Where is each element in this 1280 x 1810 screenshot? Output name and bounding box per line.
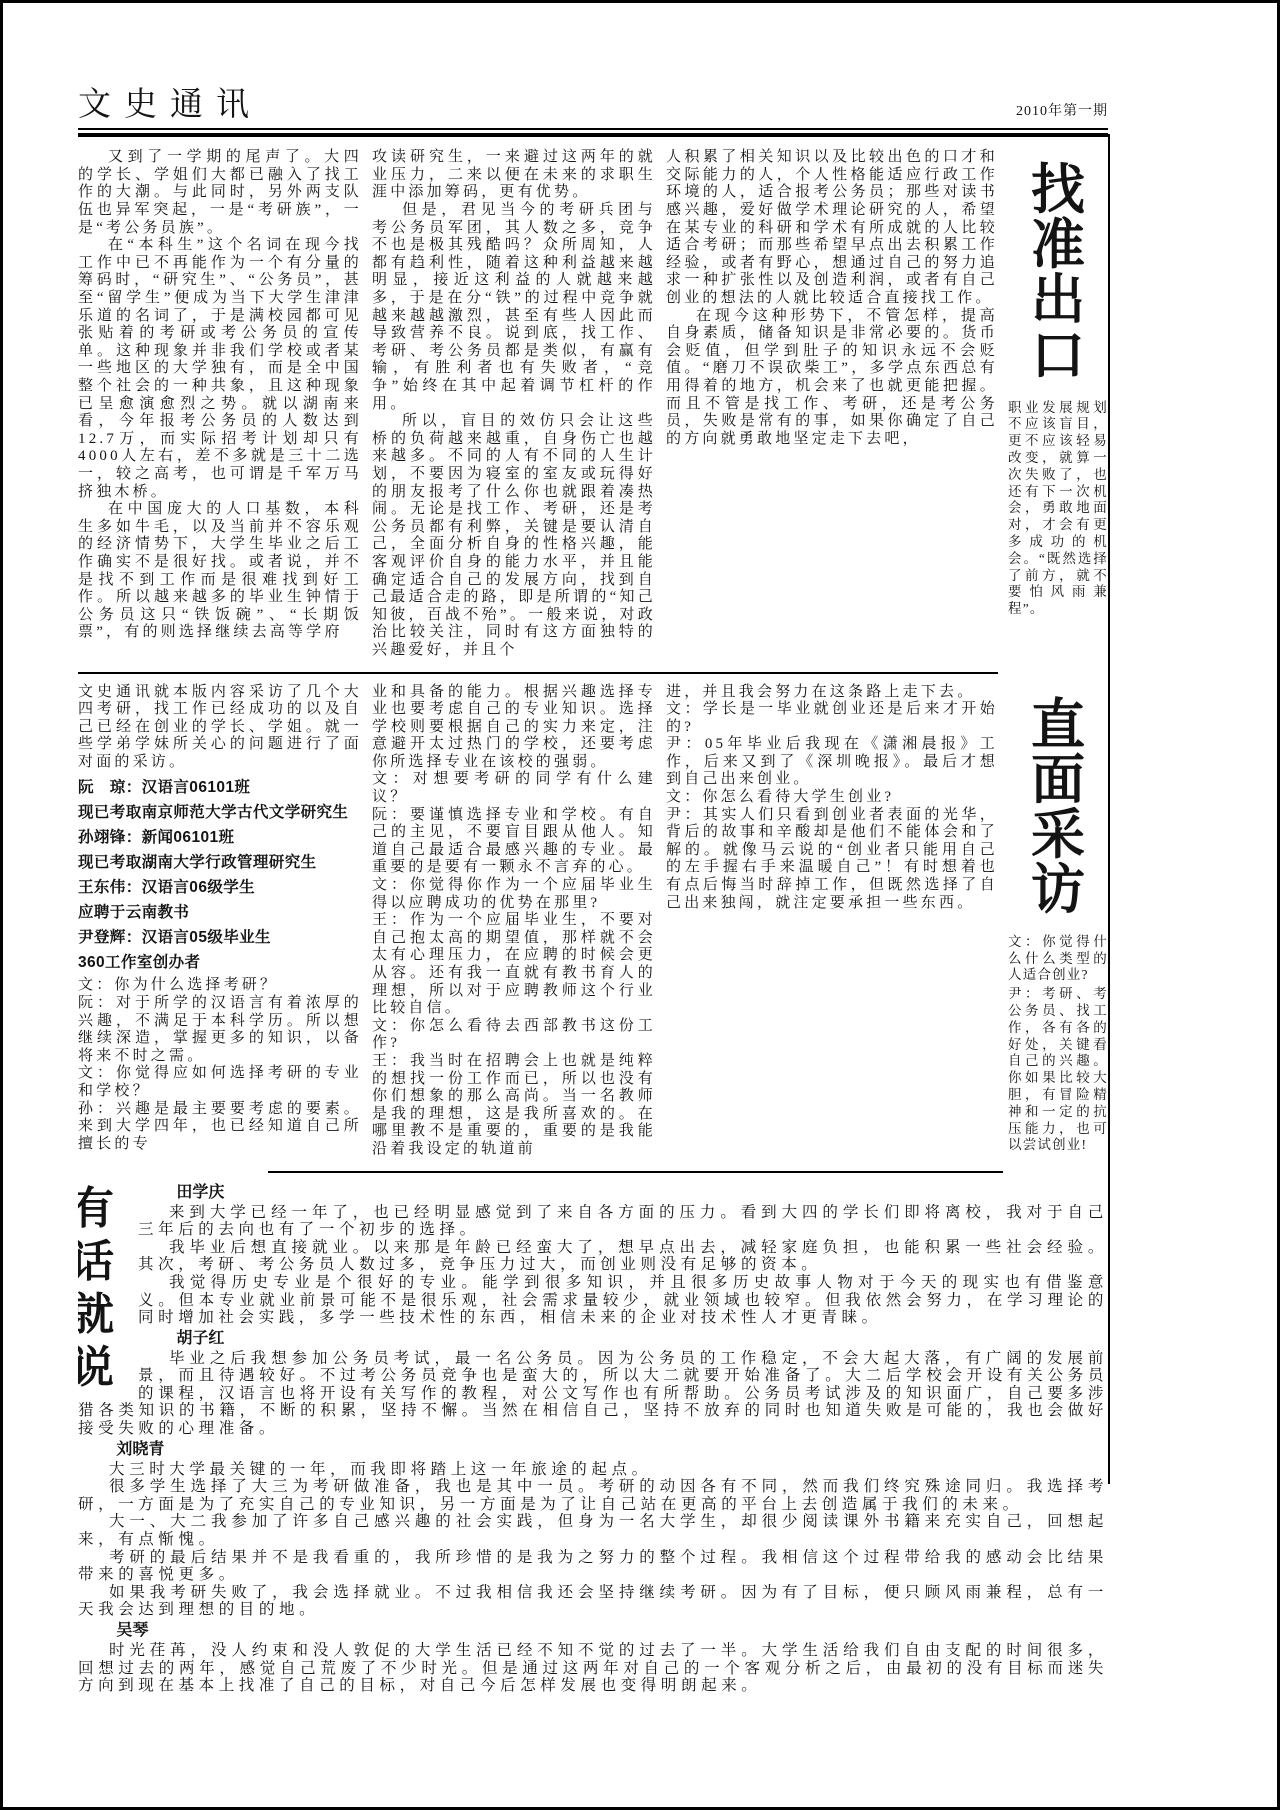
voice-paragraph: 我觉得历史专业是个很好的专业。能学到很多知识，并且很多历史故事人物对于今天的现实… [78,1274,1108,1327]
headline-char: 说 [78,1346,122,1390]
qa-line: 文：学长是一毕业就创业还是后来才开始的? [666,701,998,736]
article-paragraph: 在“本科生”这个名词在现今找工作中已不再能作为一个有分量的筹码时，“研究生”、“… [78,237,362,501]
section-voices: 有 话 就 说 田学庆 来到大学已经一年了，也已经明显感觉到了来自各方面的压力。… [78,1181,1108,1695]
qa-line: 阮：要谨慎选择专业和学校。有自己的主见，不要盲目跟从他人。知道自己最适合最感兴趣… [372,807,656,877]
interviewee-line: 现已考取南京师范大学古代文学研究生 [78,800,362,825]
article-paragraph: 在中国庞大的人口基数，本科生多如牛毛，以及当前并不容乐观的经济情势下，大学生毕业… [78,501,362,642]
voice-name: 吴琴 [78,1621,1108,1641]
header-rule [78,128,1108,137]
voice-paragraph: 时光荏苒，没人约束和没人敦促的大学生活已经不知不觉的过去了一半。大学生活给我们自… [78,1642,1108,1695]
headline-char: 口 [1031,329,1085,384]
article-paragraph: 职业发展规划不应该盲目，更不应该轻易改变，就算一次失败了，也还有下一次机会，勇敢… [1008,400,1108,618]
page-header: 文史通讯 2010年第一期 [78,87,1108,123]
qa-line: 文：你觉得你作为一个应届毕业生得以应聘成功的优势在那里? [372,877,656,912]
qa-line: 孙：兴趣是最主要要考虑的要素。来到大学四年，也已经知道自己所擅长的专 [78,1101,362,1154]
page-content: 文史通讯 2010年第一期 又到了一学期的尾声了。大四的学长、学姐们大都已融入了… [78,87,1108,1695]
qa-line: 文：你怎么看待去西部教书这份工作? [372,1018,656,1053]
headline-char: 直 [1031,698,1085,753]
voice-name: 胡子红 [78,1329,1108,1349]
right-margin-rule [1108,134,1110,1484]
voices-divider-rule [268,1171,1003,1173]
headline-char: 面 [1031,753,1085,808]
voice-paragraph: 来到大学已经一年了，也已经明显感觉到了来自各方面的压力。看到大四的学长们即将离校… [78,1204,1108,1239]
qa-line: 尹：05年毕业后我现在《潇湘晨报》工作，后来又到了《深圳晚报》。最后才想到自己出… [666,736,998,789]
qa-line: 尹：考研、考公务员、找工作，各有各的好处，关键看自己的兴趣。你如果比较大胆，有冒… [1008,986,1108,1154]
issue-label: 2010年第一期 [1016,100,1108,123]
interviewee-line: 现已考取湖南大学行政管理研究生 [78,850,362,875]
voice-paragraph: 大三时大学最关键的一年，而我即将踏上这一年旅途的起点。 [78,1461,1108,1479]
section-interview: 文史通讯就本版内容采访了几个大四考研，找工作已经成功的以及自己已经在创业的学长、… [78,684,1108,1159]
article-paragraph: 在现今这种形势下，不管怎样，提高自身素质，储备知识是非常必要的。货币会贬值，但学… [666,308,998,449]
interview-column-2: 业和具备的能力。根据兴趣选择专业也要考虑自己的专业知识。选择学校则要根据自己的实… [372,684,656,1159]
interview-column-3: 进，并且我会努力在这条路上走下去。 文：学长是一毕业就创业还是后来才开始的? 尹… [666,684,998,913]
article-paragraph: 又到了一学期的尾声了。大四的学长、学姐们大都已融入了找工作的大潮。与此同时，另外… [78,149,362,237]
interview-column-1: 文史通讯就本版内容采访了几个大四考研，找工作已经成功的以及自己已经在创业的学长、… [78,684,362,1154]
headline-char: 出 [1031,273,1085,328]
feature-column-3: 人积累了相关知识以及比较出色的口才和交际能力的人，个人性格能适应行政工作环境的人… [666,149,998,448]
feature-headline-column: 找 准 出 口 职业发展规划不应该盲目，更不应该轻易改变，就算一次失败了，也还有… [1008,149,1108,620]
article-paragraph: 人积累了相关知识以及比较出色的口才和交际能力的人，个人性格能适应行政工作环境的人… [666,149,998,307]
headline-char: 准 [1031,218,1085,273]
qa-line: 业和具备的能力。根据兴趣选择专业也要考虑自己的专业知识。选择学校则要根据自己的实… [372,684,656,772]
interviewee-line: 360工作室创办者 [78,950,362,975]
qa-line: 文：对想要考研的同学有什么建议？ [372,771,656,806]
headline-char: 找 [1031,163,1085,218]
headline-char: 采 [1031,808,1085,863]
voice-name: 田学庆 [78,1183,1108,1203]
feature-sidebar-text: 职业发展规划不应该盲目，更不应该轻易改变，就算一次失败了，也还有下一次机会，勇敢… [1008,400,1108,618]
qa-line: 王：作为一个应届毕业生，不要对自己抱太高的期望值，那样就不会太有心理压力，在应聘… [372,912,656,1018]
voice-paragraph: 我毕业后想直接就业。以来那是年龄已经蛮大了，想早点出去，减轻家庭负担，也能积累一… [78,1239,1108,1274]
vertical-headline-face-to-face: 直 面 采 访 [1008,698,1108,918]
interview-headline-column: 直 面 采 访 文：你觉得什么什么类型的人适合创业? 尹：考研、考公务员、找工作… [1008,684,1108,1157]
qa-line: 王：我当时在招聘会上也就是纯粹的想找一份工作而已，所以也没有你们想象的那么高尚。… [372,1053,656,1159]
headline-char: 有 [78,1187,122,1231]
qa-line: 文：你为什么选择考研？ [78,977,362,995]
interviewee-line: 王东伟：汉语言06级学生 [78,875,362,900]
interviewee-line: 尹登辉：汉语言05级毕业生 [78,925,362,950]
section-divider-rule [78,672,998,674]
voice-paragraph: 毕业之后我想参加公务员考试，最一名公务员。因为公务员的工作稳定，不会大起大落，有… [78,1350,1108,1438]
interviewee-line: 孙翊锋：新闻06101班 [78,825,362,850]
qa-line: 阮：对于所学的汉语言有着浓厚的兴趣，不满足于本科学历。所以想继续深造，掌握更多的… [78,995,362,1065]
article-paragraph: 所以，盲目的效仿只会让这些桥的负荷越来越重，自身伤亡也越来越多。不同的人有不同的… [372,413,656,659]
interviewee-line: 阮 琼：汉语言06101班 [78,775,362,800]
interview-qa: 文：你为什么选择考研？ 阮：对于所学的汉语言有着浓厚的兴趣，不满足于本科学历。所… [78,977,362,1153]
interviewee-list: 阮 琼：汉语言06101班 现已考取南京师范大学古代文学研究生 孙翊锋：新闻06… [78,775,362,975]
voice-paragraph: 很多学生选择了大三为考研做准备，我也是其中一员。考研的动因各有不同，然而我们终究… [78,1478,1108,1513]
feature-column-2: 攻读研究生，一来避过这两年的就业压力，二来以便在未来的求职生涯中添加筹码，更有优… [372,149,656,659]
voice-name: 刘晓青 [78,1440,1108,1460]
article-paragraph: 但是，君见当今的考研兵团与考公务员军团，其人数之多，竞争不也是极其残酷吗？众所周… [372,202,656,413]
masthead-title: 文史通讯 [78,87,262,123]
qa-line: 尹：其实人们只看到创业者表面的光华，背后的故事和辛酸却是他们不能体会和了解的。就… [666,807,998,913]
section-feature-article: 又到了一学期的尾声了。大四的学长、学姐们大都已融入了找工作的大潮。与此同时，另外… [78,149,1108,659]
article-paragraph: 攻读研究生，一来避过这两年的就业压力，二来以便在未来的求职生涯中添加筹码，更有优… [372,149,656,202]
voice-paragraph: 如果我考研失败了，我会选择就业。不过我相信我还会坚持继续考研。因为有了目标，便只… [78,1584,1108,1619]
qa-line: 进，并且我会努力在这条路上走下去。 [666,684,998,702]
qa-line: 文：你觉得什么什么类型的人适合创业? [1008,934,1108,984]
qa-line: 文：你觉得应如何选择考研的专业和学校？ [78,1065,362,1100]
feature-column-1: 又到了一学期的尾声了。大四的学长、学姐们大都已融入了找工作的大潮。与此同时，另外… [78,149,362,642]
voice-paragraph: 考研的最后结果并不是我看重的，我所珍惜的是我为之努力的整个过程。我相信这个过程带… [78,1549,1108,1584]
vertical-headline-have-your-say: 有 话 就 说 [78,1187,122,1390]
headline-char: 访 [1031,863,1085,918]
headline-char: 就 [78,1293,122,1337]
interview-sidebar-text: 文：你觉得什么什么类型的人适合创业? 尹：考研、考公务员、找工作，各有各的好处，… [1008,934,1108,1154]
voice-paragraph: 大一、大二我参加了许多自己感兴趣的社会实践，但身为一名大学生，却很少阅读课外书籍… [78,1513,1108,1548]
vertical-headline-find-exit: 找 准 出 口 [1008,163,1108,383]
newspaper-page: 文史通讯 2010年第一期 又到了一学期的尾声了。大四的学长、学姐们大都已融入了… [0,0,1280,1810]
interview-intro: 文史通讯就本版内容采访了几个大四考研，找工作已经成功的以及自己已经在创业的学长、… [78,684,362,772]
interviewee-line: 应聘于云南教书 [78,900,362,925]
qa-line: 文：你怎么看待大学生创业? [666,789,998,807]
headline-char: 话 [78,1240,122,1284]
